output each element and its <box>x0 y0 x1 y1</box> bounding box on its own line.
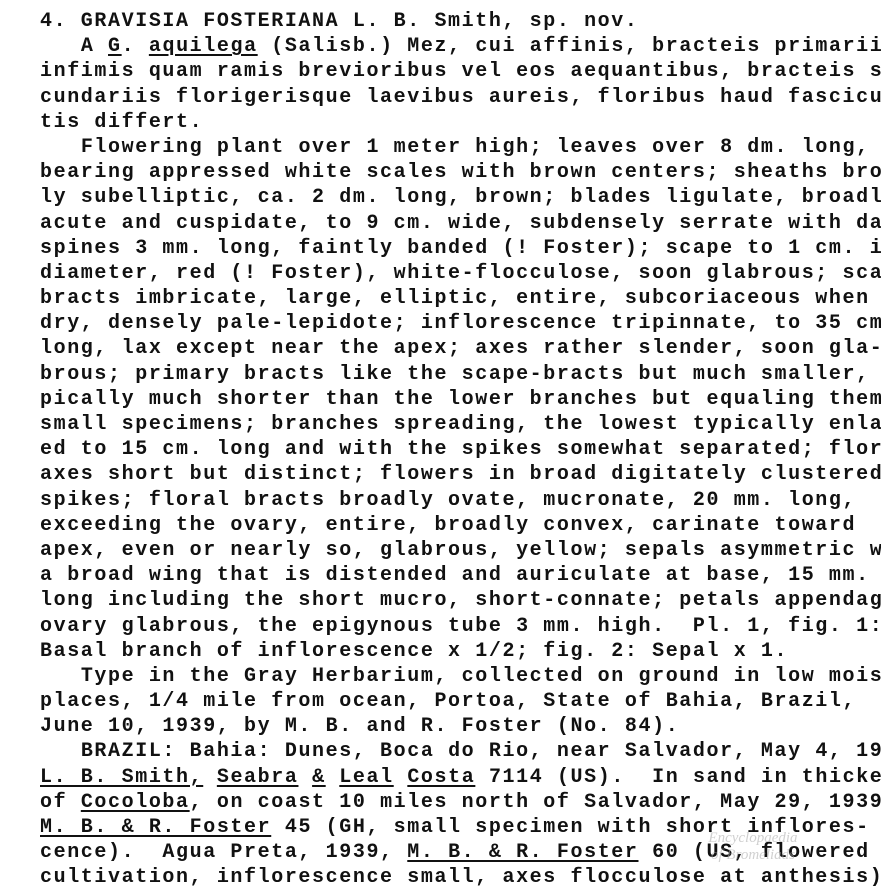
text-segment: 60 (US, flowered in <box>639 841 881 864</box>
text-line: small specimens; branches spreading, the… <box>40 412 870 437</box>
text-line: Flowering plant over 1 meter high; leave… <box>40 135 870 160</box>
text-line: bearing appressed white scales with brow… <box>40 160 870 185</box>
text-line: long including the short mucro, short-co… <box>40 588 870 613</box>
underlined-name: Cocoloba <box>81 791 190 814</box>
text-line: a broad wing that is distended and auric… <box>40 563 870 588</box>
text-segment: bearing appressed white scales with brow… <box>40 161 881 184</box>
text-segment: tis differt. <box>40 111 203 134</box>
text-segment: A <box>81 35 108 58</box>
text-line: pically much shorter than the lower bran… <box>40 387 870 412</box>
text-segment: bracts imbricate, large, elliptic, entir… <box>40 287 870 310</box>
text-segment <box>298 766 312 789</box>
indent <box>40 35 81 58</box>
text-segment: 45 (GH, small specimen with short inflor… <box>271 816 870 839</box>
text-line: ly subelliptic, ca. 2 dm. long, brown; b… <box>40 185 870 210</box>
text-line: of Cocoloba, on coast 10 miles north of … <box>40 790 870 815</box>
text-segment: brous; primary bracts like the scape-bra… <box>40 363 881 386</box>
text-segment: cultivation, inflorescence small, axes f… <box>40 866 881 889</box>
text-segment: diameter, red (! Foster), white-flocculo… <box>40 262 881 285</box>
underlined-name: & <box>312 766 326 789</box>
indent <box>40 665 81 688</box>
underlined-name: L. B. Smith, <box>40 766 203 789</box>
text-segment: June 10, 1939, by M. B. and R. Foster (N… <box>40 715 679 738</box>
text-segment: Flowering plant over 1 meter high; leave… <box>81 136 870 159</box>
text-segment: ed to 15 cm. long and with the spikes so… <box>40 438 881 461</box>
text-line: spines 3 mm. long, faintly banded (! Fos… <box>40 236 870 261</box>
text-line: Type in the Gray Herbarium, collected on… <box>40 664 870 689</box>
text-line: bracts imbricate, large, elliptic, entir… <box>40 286 870 311</box>
text-segment: infimis quam ramis brevioribus vel eos a… <box>40 60 881 83</box>
text-line: ovary glabrous, the epigynous tube 3 mm.… <box>40 614 870 639</box>
text-line: axes short but distinct; flowers in broa… <box>40 462 870 487</box>
text-line: brous; primary bracts like the scape-bra… <box>40 362 870 387</box>
text-line: long, lax except near the apex; axes rat… <box>40 336 870 361</box>
text-segment: small specimens; branches spreading, the… <box>40 413 881 436</box>
underlined-name: Seabra <box>217 766 299 789</box>
underlined-name: M. B. & R. Foster <box>40 816 271 839</box>
underlined-name: M. B. & R. Foster <box>407 841 638 864</box>
text-segment: of <box>40 791 81 814</box>
text-segment: ly subelliptic, ca. 2 dm. long, brown; b… <box>40 186 881 209</box>
text-segment: dry, densely pale-lepidote; inflorescenc… <box>40 312 881 335</box>
text-segment: BRAZIL: Bahia: Dunes, Boca do Rio, near … <box>81 740 881 763</box>
underlined-name: G <box>108 35 122 58</box>
text-segment <box>394 766 408 789</box>
text-segment: long including the short mucro, short-co… <box>40 589 881 612</box>
text-line: acute and cuspidate, to 9 cm. wide, subd… <box>40 211 870 236</box>
text-line: L. B. Smith, Seabra & Leal Costa 7114 (U… <box>40 765 870 790</box>
text-segment: (Salisb.) Mez, cui affinis, bracteis pri… <box>258 35 881 58</box>
species-description: 4. GRAVISIA FOSTERIANA L. B. Smith, sp. … <box>40 9 870 889</box>
text-segment: pically much shorter than the lower bran… <box>40 388 881 411</box>
text-line: spikes; floral bracts broadly ovate, muc… <box>40 488 870 513</box>
text-segment: exceeding the ovary, entire, broadly con… <box>40 514 856 537</box>
text-line: A G. aquilega (Salisb.) Mez, cui affinis… <box>40 34 870 59</box>
text-line: M. B. & R. Foster 45 (GH, small specimen… <box>40 815 870 840</box>
text-segment: apex, even or nearly so, glabrous, yello… <box>40 539 881 562</box>
text-segment: cundariis florigerisque laevibus aureis,… <box>40 86 881 109</box>
text-segment: 4. GRAVISIA FOSTERIANA L. B. Smith, sp. … <box>40 10 639 33</box>
text-segment: Type in the Gray Herbarium, collected on… <box>81 665 881 688</box>
text-line: infimis quam ramis brevioribus vel eos a… <box>40 59 870 84</box>
text-segment: , on coast 10 miles north of Salvador, M… <box>190 791 881 814</box>
text-segment: cence). Agua Preta, 1939, <box>40 841 407 864</box>
text-line: exceeding the ovary, entire, broadly con… <box>40 513 870 538</box>
underlined-name: Leal <box>339 766 393 789</box>
text-segment: . <box>122 35 149 58</box>
text-segment <box>326 766 340 789</box>
text-line: cultivation, inflorescence small, axes f… <box>40 865 870 889</box>
text-segment: a broad wing that is distended and auric… <box>40 564 870 587</box>
text-segment: axes short but distinct; flowers in broa… <box>40 463 881 486</box>
text-line: tis differt. <box>40 110 870 135</box>
text-line: places, 1/4 mile from ocean, Portoa, Sta… <box>40 689 870 714</box>
text-segment: Basal branch of inflorescence x 1/2; fig… <box>40 640 788 663</box>
text-line: cence). Agua Preta, 1939, M. B. & R. Fos… <box>40 840 870 865</box>
text-segment: 7114 (US). In sand in thickets <box>475 766 881 789</box>
text-segment: ovary glabrous, the epigynous tube 3 mm.… <box>40 615 881 638</box>
text-segment <box>203 766 217 789</box>
text-line: diameter, red (! Foster), white-flocculo… <box>40 261 870 286</box>
underlined-name: aquilega <box>149 35 258 58</box>
text-segment: long, lax except near the apex; axes rat… <box>40 337 881 360</box>
text-line: 4. GRAVISIA FOSTERIANA L. B. Smith, sp. … <box>40 9 870 34</box>
text-line: dry, densely pale-lepidote; inflorescenc… <box>40 311 870 336</box>
text-segment: spikes; floral bracts broadly ovate, muc… <box>40 489 856 512</box>
text-line: June 10, 1939, by M. B. and R. Foster (N… <box>40 714 870 739</box>
underlined-name: Costa <box>407 766 475 789</box>
text-line: cundariis florigerisque laevibus aureis,… <box>40 85 870 110</box>
text-segment: places, 1/4 mile from ocean, Portoa, Sta… <box>40 690 856 713</box>
text-segment: acute and cuspidate, to 9 cm. wide, subd… <box>40 212 881 235</box>
indent <box>40 136 81 159</box>
indent <box>40 740 81 763</box>
text-line: ed to 15 cm. long and with the spikes so… <box>40 437 870 462</box>
text-line: Basal branch of inflorescence x 1/2; fig… <box>40 639 870 664</box>
text-segment: spines 3 mm. long, faintly banded (! Fos… <box>40 237 881 260</box>
text-line: apex, even or nearly so, glabrous, yello… <box>40 538 870 563</box>
text-line: BRAZIL: Bahia: Dunes, Boca do Rio, near … <box>40 739 870 764</box>
